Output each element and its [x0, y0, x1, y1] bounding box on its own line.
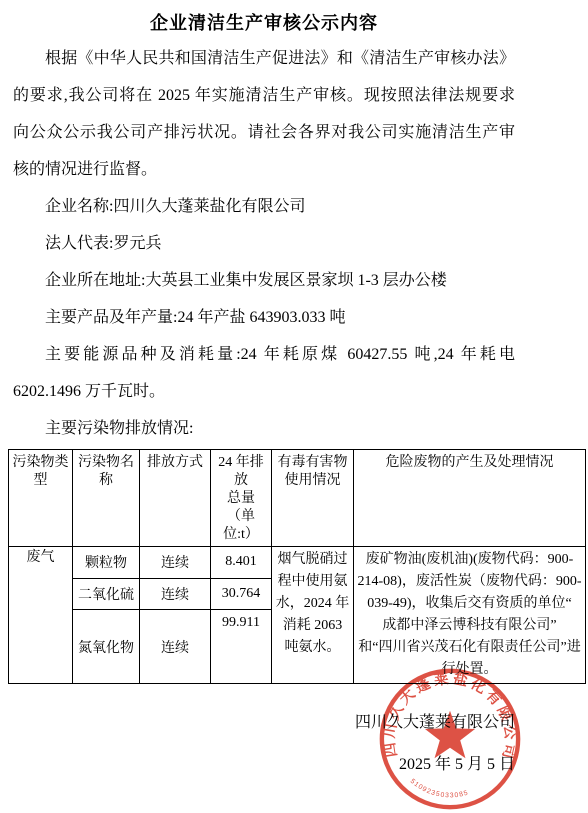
info-line-products: 主要产品及年产量:24 年产盐 643903.033 吨	[13, 299, 515, 336]
info-line-emissions-heading: 主要污染物排放情况:	[13, 410, 515, 447]
cell-discharge-method: 连续	[140, 547, 211, 579]
header-pollutant-type: 污染物类型	[9, 450, 73, 547]
signature-date: 2025 年 5 月 5 日	[355, 753, 515, 777]
table-header-row: 污染物类型 污染物名称 排放方式 24 年排放 总量 （单位:t） 有毒有害物使…	[9, 450, 586, 547]
pollutant-table: 污染物类型 污染物名称 排放方式 24 年排放 总量 （单位:t） 有毒有害物使…	[8, 449, 586, 684]
signature-block: 四川久大蓬莱有限公司 2025 年 5 月 5 日	[355, 711, 515, 777]
document-page: 企业清洁生产审核公示内容 根据《中华人民共和国清洁生产促进法》和《清洁生产审核办…	[0, 0, 588, 684]
cell-discharge-method: 连续	[140, 610, 211, 684]
paragraph-line: 根据《中华人民共和国清洁生产促进法》和《清洁生产审核办法》	[13, 40, 515, 77]
company-info-section: 企业名称:四川久大蓬莱盐化有限公司 法人代表:罗元兵 企业所在地址:大英县工业集…	[13, 188, 588, 447]
info-line-energy: 主要能源品种及消耗量:24 年耗原煤 60427.55 吨,24 年耗电	[13, 336, 515, 373]
cell-pollutant-name: 氮氧化物	[73, 610, 140, 684]
header-hazardous-waste: 危险废物的产生及处理情况	[354, 450, 586, 547]
info-line-company-name: 企业名称:四川久大蓬莱盐化有限公司	[13, 188, 515, 225]
paragraph-line: 的要求,我公司将在 2025 年实施清洁生产审核。现按照法律法规要求	[13, 77, 515, 114]
header-toxic-usage: 有毒有害物使用情况	[272, 450, 354, 547]
paragraph-line: 向公众公示我公司产排污状况。请社会各界对我公司实施清洁生产审	[13, 114, 515, 151]
header-pollutant-name: 污染物名称	[73, 450, 140, 547]
paragraph-line: 核的情况进行监督。	[13, 151, 515, 188]
page-title: 企业清洁生产审核公示内容	[13, 8, 515, 40]
intro-paragraph: 根据《中华人民共和国清洁生产促进法》和《清洁生产审核办法》 的要求,我公司将在 …	[13, 40, 588, 188]
info-line-address: 企业所在地址:大英县工业集中发展区景家坝 1-3 层办公楼	[13, 262, 515, 299]
cell-pollutant-name: 颗粒物	[73, 547, 140, 579]
cell-amount: 8.401	[211, 547, 272, 579]
header-annual-total: 24 年排放 总量 （单位:t）	[211, 450, 272, 547]
cell-pollutant-name: 二氧化硫	[73, 578, 140, 610]
cell-toxic-usage: 烟气脱硝过程中使用氨水，2024 年消耗 2063 吨氨水。	[272, 547, 354, 684]
table-row: 废气 颗粒物 连续 8.401 烟气脱硝过程中使用氨水，2024 年消耗 206…	[9, 547, 586, 579]
seal-serial-number: 5109235033085	[409, 778, 470, 800]
company-signature: 四川久大蓬莱有限公司	[355, 711, 515, 735]
cell-hazardous-waste: 废矿物油(废机油)(废物代码：900-214-08)，废活性炭（废物代码：900…	[354, 547, 586, 684]
info-line-energy-cont: 6202.1496 万千瓦时。	[13, 373, 515, 410]
header-discharge-method: 排放方式	[140, 450, 211, 547]
cell-amount: 30.764	[211, 578, 272, 610]
cell-discharge-method: 连续	[140, 578, 211, 610]
cell-amount: 99.911	[211, 610, 272, 684]
cell-category: 废气	[9, 547, 73, 684]
info-line-legal-representative: 法人代表:罗元兵	[13, 225, 515, 262]
